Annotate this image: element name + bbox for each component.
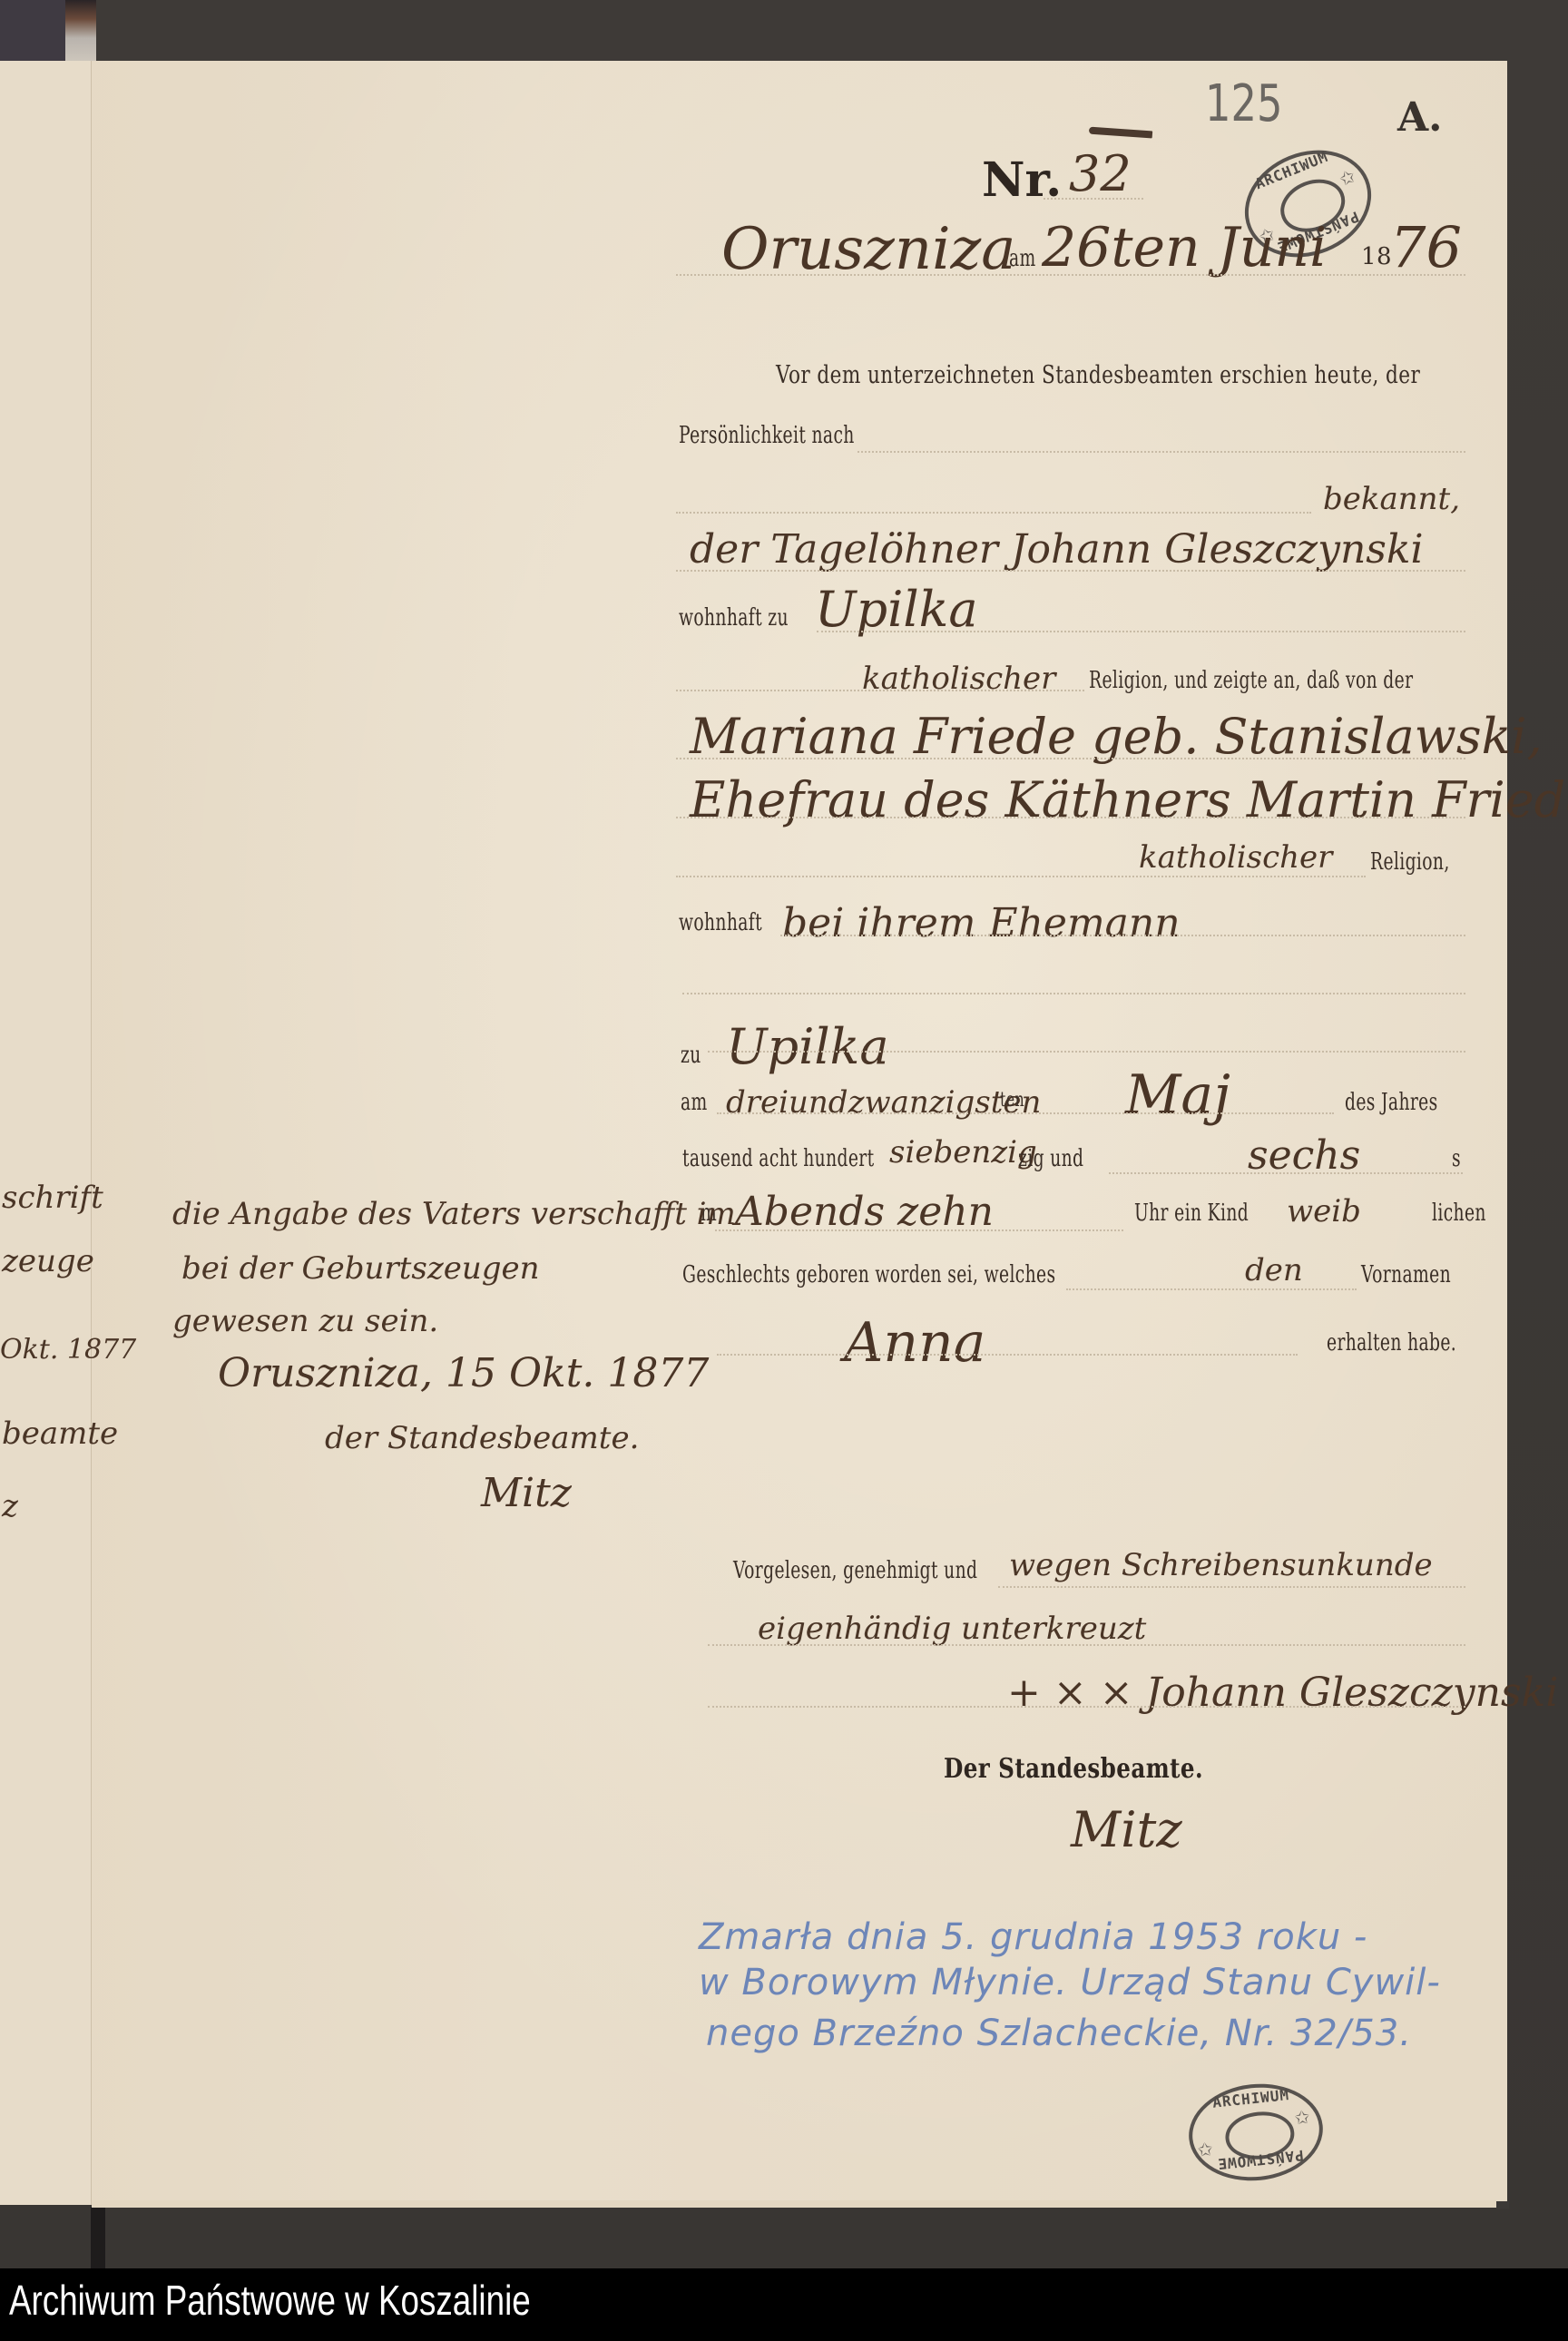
informant-signature: + × × Johann Gleszczynski: [1007, 1670, 1558, 1716]
left-fragment: beamte: [2, 1415, 118, 1452]
previous-page-edge: [0, 0, 65, 64]
rule: [717, 1112, 1334, 1114]
residence-label: wohnhaft zu: [679, 604, 789, 632]
institution-name: Archiwum Państwowe w Koszalinie: [9, 2276, 531, 2325]
left-fragment: z: [2, 1488, 18, 1524]
residence: Upilka: [815, 581, 978, 638]
rule: [676, 758, 1465, 759]
stamp-bottom-text: PAŃSTWOWE: [1216, 2147, 1304, 2173]
mother-line-2: Ehefrau des Käthners Martin Friede: [690, 771, 1568, 828]
rule: [676, 876, 1366, 877]
rule: [676, 274, 1465, 276]
rule: [676, 817, 1465, 818]
informant-name: der Tagelöhner Johann Gleszczynski: [690, 526, 1424, 573]
rule: [676, 512, 1311, 514]
left-fragment: schrift: [2, 1180, 103, 1216]
date-day-month: 26ten Juni: [1042, 216, 1327, 279]
sex-line: Geschlechts geboren worden sei, welches: [682, 1261, 1055, 1288]
identity-label: Persönlichkeit nach: [679, 422, 855, 449]
margin-note-line-4: Oruszniza, 15 Okt. 1877: [218, 1350, 709, 1396]
rule: [682, 993, 1465, 994]
religion-2-suffix: Religion,: [1370, 848, 1450, 876]
religion-1-suffix: Religion, und zeigte an, daß von der: [1089, 667, 1413, 694]
child-sex: weib: [1287, 1193, 1361, 1229]
received-label: erhalten habe.: [1327, 1329, 1456, 1357]
am-label: am: [681, 1089, 708, 1116]
page-bottom-edge: [92, 2200, 1496, 2208]
left-page-strip: [0, 61, 92, 2205]
rule: [817, 631, 1465, 632]
rule: [1109, 1172, 1463, 1174]
rule: [717, 1354, 1298, 1356]
folio-number: 125: [1205, 74, 1283, 133]
star-icon: ✩: [1196, 2138, 1213, 2162]
book-spine: [65, 0, 96, 64]
identity-known-hand: bekannt,: [1323, 481, 1460, 517]
year-tens: siebenzig: [889, 1134, 1037, 1170]
mother-residence-label: wohnhaft: [679, 909, 762, 936]
intro-line: Vor dem unterzeichneten Standesbeamten e…: [776, 361, 1420, 389]
rule: [857, 451, 1465, 453]
margin-note-signature: Mitz: [481, 1470, 572, 1516]
date-prefix: am: [1009, 245, 1036, 272]
birth-time: Abends zehn: [735, 1189, 994, 1235]
record-number: 32: [1069, 145, 1132, 202]
page-corner: [1496, 2201, 1509, 2209]
rule: [1066, 1288, 1357, 1290]
zu-label: zu: [681, 1042, 701, 1069]
sex-suffix: lichen: [1432, 1200, 1486, 1227]
rule: [780, 935, 1465, 936]
year-suffix: 76: [1390, 214, 1462, 280]
names-label: Vornamen: [1361, 1261, 1451, 1288]
margin-note-line-1: die Angabe des Vaters verschafft im: [172, 1196, 736, 1232]
footer-bar: Archiwum Państwowe w Koszalinie: [0, 2268, 1568, 2341]
read-label: Vorgelesen, genehmigt und: [733, 1557, 977, 1584]
rule: [715, 1229, 1123, 1231]
star-icon: ✩: [1293, 2106, 1310, 2130]
year-line-prefix: tausend acht hundert: [682, 1145, 875, 1172]
birth-month: Maj: [1125, 1063, 1230, 1127]
mother-residence: bei ihrem Ehemann: [782, 900, 1181, 946]
rule: [708, 1051, 1465, 1053]
margin-note-line-3: gewesen zu sein.: [172, 1303, 438, 1339]
religion-2: katholischer: [1139, 839, 1332, 876]
year-line-end: s: [1452, 1145, 1461, 1172]
birth-day: dreiundzwanzigsten: [726, 1084, 1041, 1121]
time-suffix: Uhr ein Kind: [1134, 1200, 1249, 1227]
registrar-signature: Mitz: [1071, 1801, 1182, 1858]
place-name: Oruszniza: [721, 216, 1015, 283]
rule: [708, 1644, 1465, 1646]
page-letter: A.: [1397, 94, 1442, 141]
margin-note-line-2: bei der Geburtszeugen: [181, 1250, 540, 1287]
rule: [676, 570, 1465, 572]
birth-day-suffix: ten: [1000, 1089, 1024, 1112]
spine-shadow: [91, 2207, 105, 2268]
religion-1: katholischer: [862, 661, 1055, 697]
child-name: Anna: [844, 1311, 985, 1375]
blue-annotation-line-2: w Borowym Młynie. Urząd Stanu Cywil-: [699, 1962, 1441, 2003]
rule: [1044, 198, 1143, 200]
names-prefix: den: [1245, 1252, 1303, 1288]
blue-annotation-line-1: Zmarła dnia 5. grudnia 1953 roku -: [699, 1916, 1367, 1958]
rule: [708, 1706, 1465, 1708]
rule: [998, 1586, 1465, 1588]
birth-place: Upilka: [726, 1018, 889, 1075]
year-and: zig und: [1018, 1145, 1083, 1172]
year-label: des Jahres: [1345, 1089, 1438, 1116]
rule: [676, 690, 1084, 691]
blue-annotation-line-3: nego Brzeźno Szlacheckie, Nr. 32/53.: [706, 2013, 1412, 2054]
left-fragment: zeuge: [2, 1243, 94, 1279]
left-fragment: Okt. 1877: [0, 1334, 136, 1366]
registrar-label: Der Standesbeamte.: [944, 1753, 1203, 1785]
mother-line-1: Mariana Friede geb. Stanislawski,: [690, 708, 1543, 765]
year-prefix: 18: [1361, 243, 1392, 270]
read-hand-2: eigenhändig unterkreuzt: [758, 1611, 1146, 1647]
margin-note-line-5: der Standesbeamte.: [325, 1420, 639, 1456]
read-hand-1: wegen Schreibensunkunde: [1009, 1547, 1433, 1583]
